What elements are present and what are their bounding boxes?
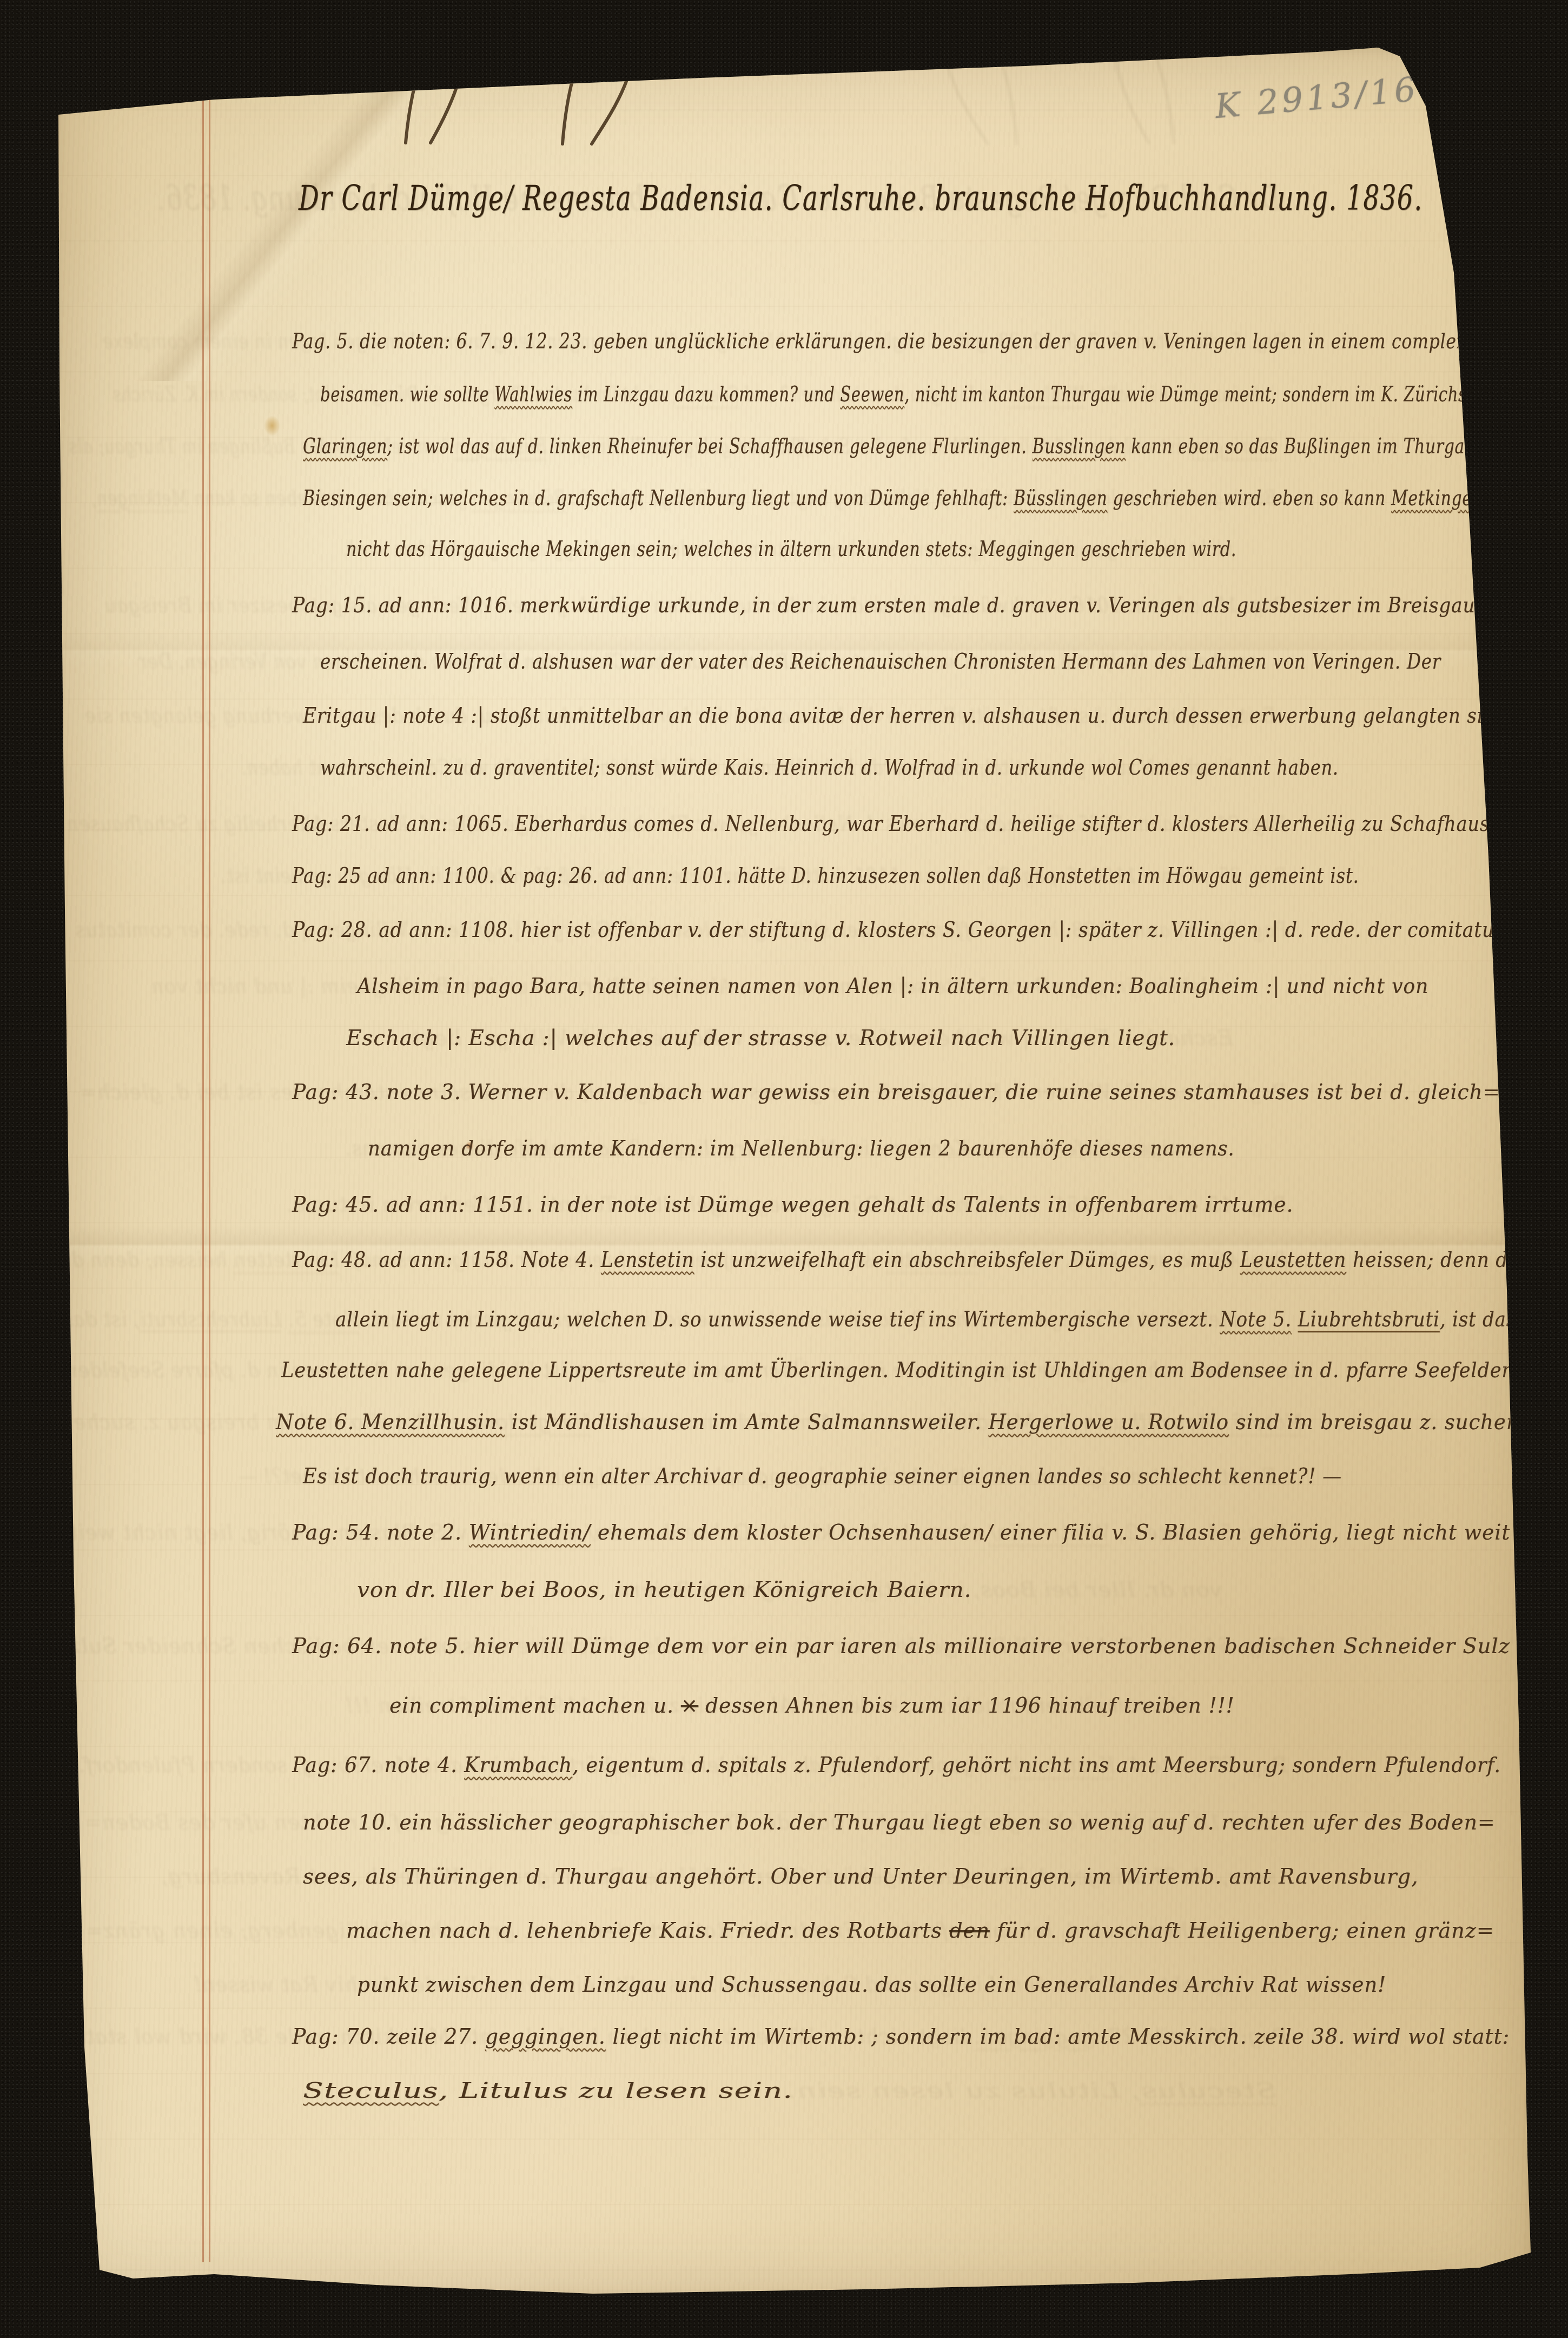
- manuscript-line: Note 6. Menzillhusin. ist Mändlishausen …: [276, 1410, 1526, 1435]
- underlined-term: Hergerlowe u. Rotwilo: [988, 1410, 1228, 1435]
- manuscript-page: K 2913/16 1 Dr Carl Dümge/ Regesta Baden…: [52, 45, 1535, 2300]
- manuscript-line: Pag: 45. ad ann: 1151. in der note ist D…: [292, 1192, 1293, 1217]
- manuscript-line: Eritgau |: note 4 :| stoßt unmittelbar a…: [303, 703, 1495, 728]
- manuscript-line: note 10. ein hässlicher geographischer b…: [303, 1810, 1496, 1835]
- underlined-term: Note 5.: [1220, 1307, 1292, 1332]
- manuscript-line: sees, als Thüringen d. Thurgau angehört.…: [303, 1864, 1418, 1889]
- underlined-term: geggingen.: [485, 2024, 606, 2049]
- underlined-term: Lenstetin: [601, 1247, 694, 1272]
- manuscript-line: allein liegt im Linzgau; welchen D. so u…: [335, 1307, 1516, 1332]
- manuscript-line: Pag: 15. ad ann: 1016. merkwürdige urkun…: [292, 593, 1475, 618]
- manuscript-line: Eschach |: Escha :| welches auf der stra…: [346, 1026, 1175, 1051]
- handwriting-layer: Dr Carl Dümge/ Regesta Badensia. Carlsru…: [0, 0, 1568, 2338]
- manuscript-line: namigen dorfe im amte Kandern: im Nellen…: [368, 1136, 1234, 1161]
- manuscript-line: von dr. Iller bei Boos, in heutigen Köni…: [357, 1577, 971, 1602]
- underlined-term: Leustetten: [1240, 1247, 1346, 1272]
- underlined-term: Büsslingen: [1014, 486, 1107, 511]
- manuscript-line: machen nach d. lehenbriefe Kais. Friedr.…: [346, 1918, 1494, 1943]
- manuscript-line: Leustetten nahe gelegene Lippertsreute i…: [281, 1358, 1521, 1383]
- struck-text: ×: [681, 1693, 698, 1718]
- manuscript-line: Pag: 64. note 5. hier will Dümge dem vor…: [292, 1634, 1510, 1659]
- scan-canvas: { "page": { "background_color": "#16130e…: [0, 0, 1568, 2338]
- manuscript-line: Pag: 70. zeile 27. geggingen. liegt nich…: [292, 2024, 1510, 2049]
- manuscript-line: Glaringen; ist wol das auf d. linken Rhe…: [303, 434, 1511, 459]
- manuscript-line: erscheinen. Wolfrat d. alshusen war der …: [320, 649, 1441, 674]
- underlined-term: Note 6. Menzillhusin.: [276, 1410, 505, 1435]
- manuscript-line: Alsheim in pago Bara, hatte seinen namen…: [357, 974, 1428, 999]
- manuscript-line: Pag: 43. note 3. Werner v. Kaldenbach wa…: [292, 1080, 1500, 1105]
- underlined-term: Wahlwies: [494, 382, 572, 407]
- page-number-annotation: 1: [1461, 91, 1486, 130]
- manuscript-line: Pag: 21. ad ann: 1065. Eberhardus comes …: [292, 811, 1513, 836]
- manuscript-line: ein compliment machen u. × dessen Ahnen …: [389, 1693, 1234, 1718]
- underlined-term: Krumbach: [464, 1753, 572, 1778]
- manuscript-line: Pag: 25 ad ann: 1100. & pag: 26. ad ann:…: [292, 863, 1359, 888]
- underlined-term: Busslingen: [1033, 434, 1126, 459]
- underlined-term: Steculus: [303, 2078, 439, 2103]
- manuscript-line: beisamen. wie sollte Wahlwies im Linzgau…: [320, 382, 1467, 407]
- manuscript-line: Pag: 67. note 4. Krumbach, eigentum d. s…: [292, 1753, 1501, 1778]
- manuscript-line: Es ist doch traurig, wenn ein alter Arch…: [303, 1464, 1342, 1489]
- underlined-term: Seewen: [840, 382, 904, 407]
- manuscript-line: Biesingen sein; welches in d. grafschaft…: [303, 486, 1488, 511]
- flourish-stroke: [368, 0, 671, 148]
- manuscript-line: nicht das Hörgauische Mekingen sein; wel…: [346, 537, 1236, 562]
- manuscript-line: wahrscheinl. zu d. graventitel; sonst wü…: [320, 755, 1339, 780]
- manuscript-line: Pag: 28. ad ann: 1108. hier ist offenbar…: [292, 917, 1504, 942]
- underlined-term: Liubrehtsbruti: [1298, 1307, 1440, 1332]
- manuscript-line: punkt zwischen dem Linzgau und Schusseng…: [357, 1972, 1386, 1997]
- manuscript-line: Pag: 48. ad ann: 1158. Note 4. Lenstetin…: [292, 1247, 1536, 1272]
- manuscript-line: Steculus, Litulus zu lesen sein.: [303, 2078, 793, 2103]
- document-title: Dr Carl Dümge/ Regesta Badensia. Carlsru…: [299, 179, 1423, 219]
- underlined-term: Wintriedin/: [469, 1520, 591, 1545]
- struck-text: den: [949, 1918, 990, 1943]
- underlined-term: Glaringen: [303, 434, 387, 459]
- manuscript-line: Pag. 5. die noten: 6. 7. 9. 12. 23. gebe…: [292, 329, 1477, 354]
- manuscript-line: Pag: 54. note 2. Wintriedin/ ehemals dem…: [292, 1520, 1510, 1545]
- underlined-term: Metkingen: [1391, 486, 1483, 511]
